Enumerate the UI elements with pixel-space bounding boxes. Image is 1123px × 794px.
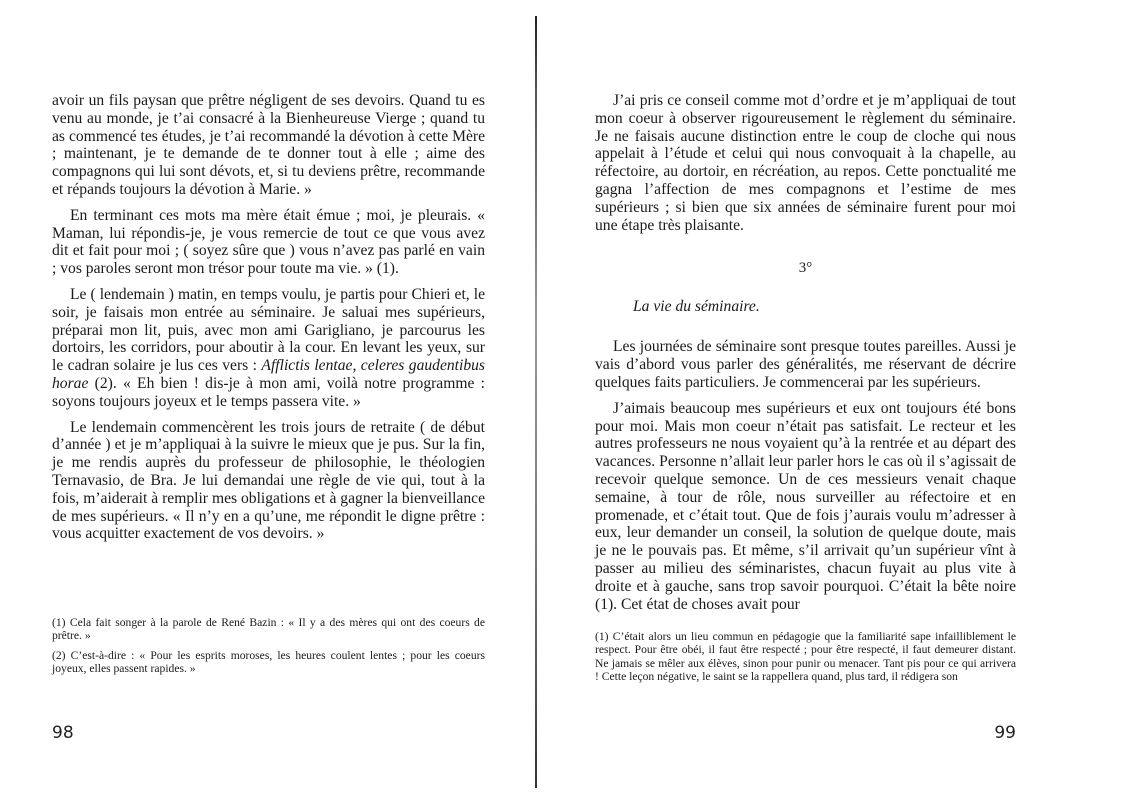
right-page: J’ai pris ce conseil comme mot d’ordre e… — [595, 92, 1016, 613]
paragraph-text: avoir un fils paysan que prêtre négligen… — [52, 92, 485, 198]
paragraph: Le ( lendemain ) matin, en temps voulu, … — [52, 286, 485, 411]
left-page-body: avoir un fils paysan que prêtre négligen… — [52, 92, 485, 543]
footnote-2: (2) C’est-à-dire : « Pour les esprits mo… — [52, 649, 485, 676]
section-title: La vie du séminaire. — [633, 298, 1016, 316]
paragraph: Les journées de séminaire sont presque t… — [595, 338, 1016, 391]
section-number: 3° — [595, 260, 1016, 280]
page-number: 98 — [52, 723, 74, 743]
footnote-1: (1) Cela fait songer à la parole de René… — [52, 616, 485, 643]
footnotes: (1) C’était alors un lieu commun en péda… — [595, 630, 1016, 690]
paragraph-text: (2). « Eh bien ! dis-je à mon ami, voilà… — [52, 375, 485, 410]
paragraph-text: Le lendemain commencèrent les trois jour… — [52, 419, 485, 543]
footnotes: (1) Cela fait songer à la parole de René… — [52, 616, 485, 682]
footnote-1: (1) C’était alors un lieu commun en péda… — [595, 630, 1016, 684]
right-page-body: J’ai pris ce conseil comme mot d’ordre e… — [595, 92, 1016, 613]
page-number: 99 — [994, 723, 1016, 743]
paragraph: J’aimais beaucoup mes supérieurs et eux … — [595, 400, 1016, 614]
paragraph: Le lendemain commencèrent les trois jour… — [52, 419, 485, 544]
left-page: avoir un fils paysan que prêtre négligen… — [52, 92, 485, 543]
paragraph: avoir un fils paysan que prêtre négligen… — [52, 92, 485, 199]
book-gutter — [535, 16, 537, 788]
paragraph-text: En terminant ces mots ma mère était émue… — [52, 207, 485, 277]
paragraph: En terminant ces mots ma mère était émue… — [52, 207, 485, 278]
paragraph: J’ai pris ce conseil comme mot d’ordre e… — [595, 92, 1016, 234]
